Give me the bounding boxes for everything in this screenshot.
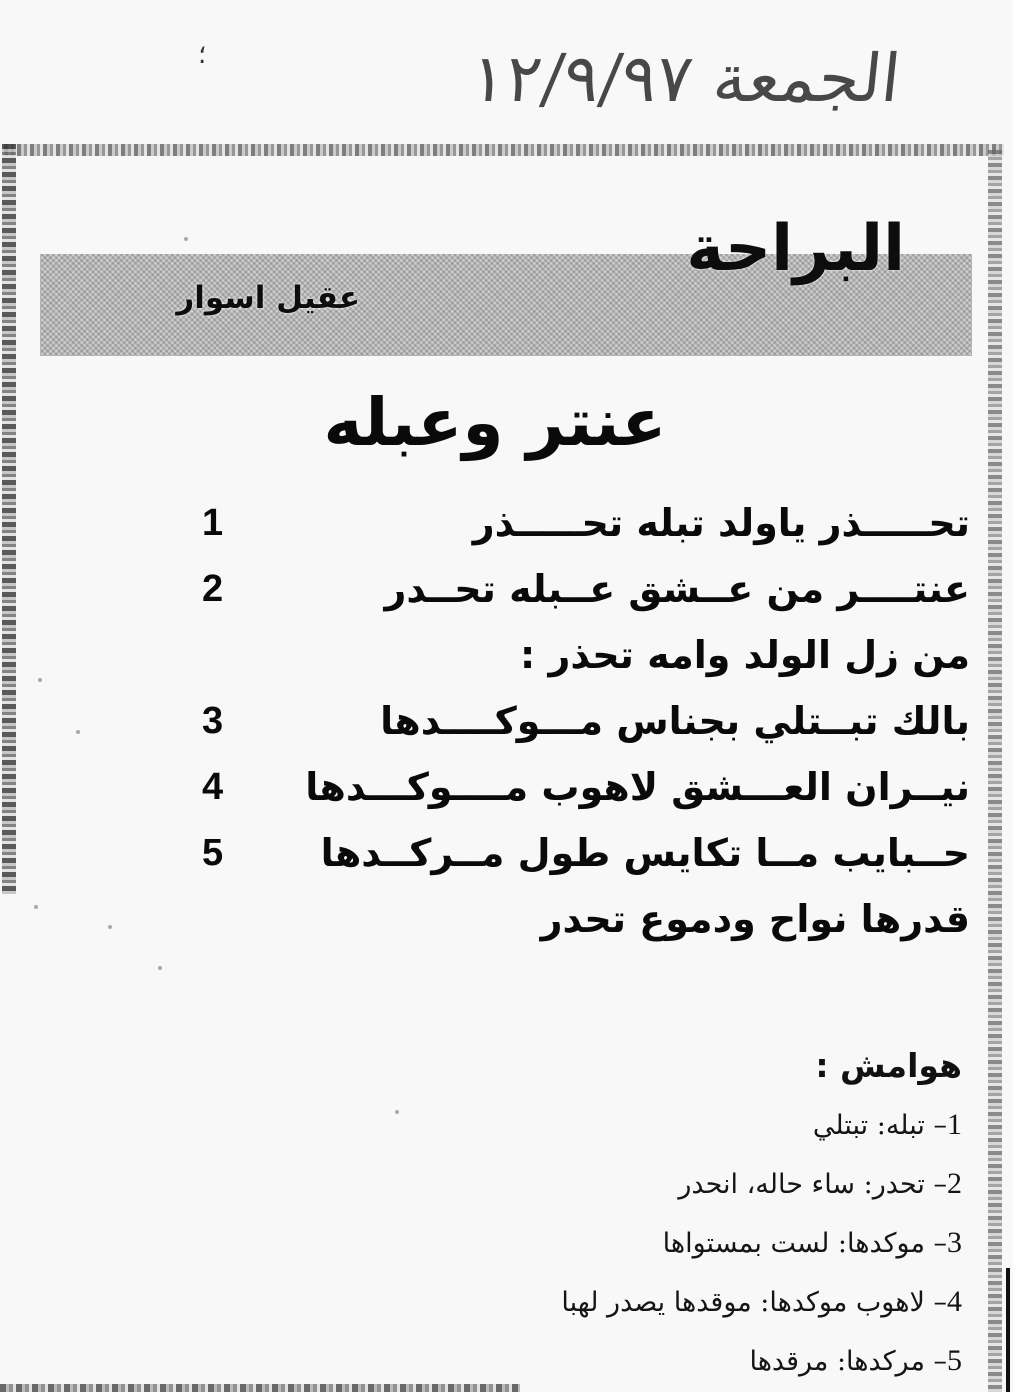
verse-number: 4 <box>202 766 223 809</box>
footnote-dash: – <box>925 1110 947 1141</box>
scan-speck <box>395 1110 399 1114</box>
footnote-item: 4– لاهوب موكدها: موقدها يصدر لهبا <box>340 1273 962 1332</box>
verse-text: عنتــــر من عــشق عــبله تحــدر <box>384 567 970 611</box>
handwritten-date: الجمعة ١٢/٩/٩٧ <box>316 40 904 117</box>
footnote-dash: – <box>925 1169 947 1200</box>
footnotes-heading: هوامش : <box>340 1040 962 1092</box>
scan-speck <box>38 678 42 682</box>
poem-line: عنتــــر من عــشق عــبله تحــدر 2 <box>190 556 970 622</box>
poem-line: بالك تبــتلي بجناس مـــوكــــدها 3 <box>190 688 970 754</box>
verse-text: حــبايب مــا تكايس طول مــركــدها <box>321 831 970 875</box>
verse-number: 5 <box>202 832 223 875</box>
verse-number: 2 <box>202 568 223 611</box>
footnote-text: تحدر: ساء حاله، انحدر <box>678 1169 925 1200</box>
footnote-number: 5 <box>947 1344 962 1377</box>
footnote-text: موكدها: لست بمستواها <box>663 1228 925 1259</box>
stray-pen-mark: ؛ <box>198 40 206 70</box>
footnote-number: 4 <box>947 1285 962 1318</box>
footnote-item: 3– موكدها: لست بمستواها <box>340 1214 962 1273</box>
poem-line: تحـــــذر ياولد تبله تحـــــذر 1 <box>190 490 970 556</box>
footnotes-section: هوامش : 1– تبله: تبتلي 2– تحدر: ساء حاله… <box>340 1040 962 1391</box>
footnote-text: مركدها: مرقدها <box>749 1346 924 1377</box>
scan-speck <box>108 925 112 929</box>
poem-line: نيــران العـــشق لاهوب مــــوكـــدها 4 <box>190 754 970 820</box>
footnote-item: 5– مركدها: مرقدها <box>340 1332 962 1391</box>
clipping-border-left <box>2 144 16 894</box>
footnote-item: 1– تبله: تبتلي <box>340 1096 962 1155</box>
verse-text: تحـــــذر ياولد تبله تحـــــذر <box>473 501 970 545</box>
column-name: البراحة <box>560 204 905 294</box>
footnote-text: لاهوب موكدها: موقدها يصدر لهبا <box>561 1287 924 1318</box>
footnote-dash: – <box>925 1228 947 1259</box>
footnote-number: 2 <box>947 1167 962 1200</box>
verse-number: 1 <box>202 502 223 545</box>
verse-text: من زل الولد وامه تحذر : <box>520 633 970 677</box>
scan-speck <box>184 237 188 241</box>
poem-title: عنتر وعبله <box>250 378 740 468</box>
footnote-dash: – <box>925 1346 947 1377</box>
footnote-dash: – <box>925 1287 947 1318</box>
scan-speck <box>76 730 80 734</box>
footnote-number: 1 <box>947 1108 962 1141</box>
footnote-item: 2– تحدر: ساء حاله، انحدر <box>340 1155 962 1214</box>
scan-speck <box>158 966 162 970</box>
footnote-number: 3 <box>947 1226 962 1259</box>
verse-text: قدرها نواح ودموع تحدر <box>541 897 970 941</box>
newspaper-clipping-page: ؛ الجمعة ١٢/٩/٩٧ البراحة عقيل اسوار عنتر… <box>0 0 1013 1392</box>
author-name: عقيل اسوار <box>120 276 360 320</box>
clipping-border-top <box>4 144 1004 156</box>
footnote-text: تبله: تبتلي <box>813 1110 925 1141</box>
poem-line: حــبايب مــا تكايس طول مــركــدها 5 <box>190 820 970 886</box>
clipping-border-right <box>988 150 1002 1392</box>
poem-line: من زل الولد وامه تحذر : <box>190 622 970 688</box>
poem-body: تحـــــذر ياولد تبله تحـــــذر 1 عنتــــ… <box>190 490 970 952</box>
verse-number: 3 <box>202 700 223 743</box>
scan-edge-line <box>1006 1268 1010 1392</box>
verse-text: نيــران العـــشق لاهوب مــــوكـــدها <box>305 765 970 809</box>
scan-speck <box>34 905 38 909</box>
poem-line: قدرها نواح ودموع تحدر <box>190 886 970 952</box>
verse-text: بالك تبــتلي بجناس مـــوكــــدها <box>380 699 970 743</box>
